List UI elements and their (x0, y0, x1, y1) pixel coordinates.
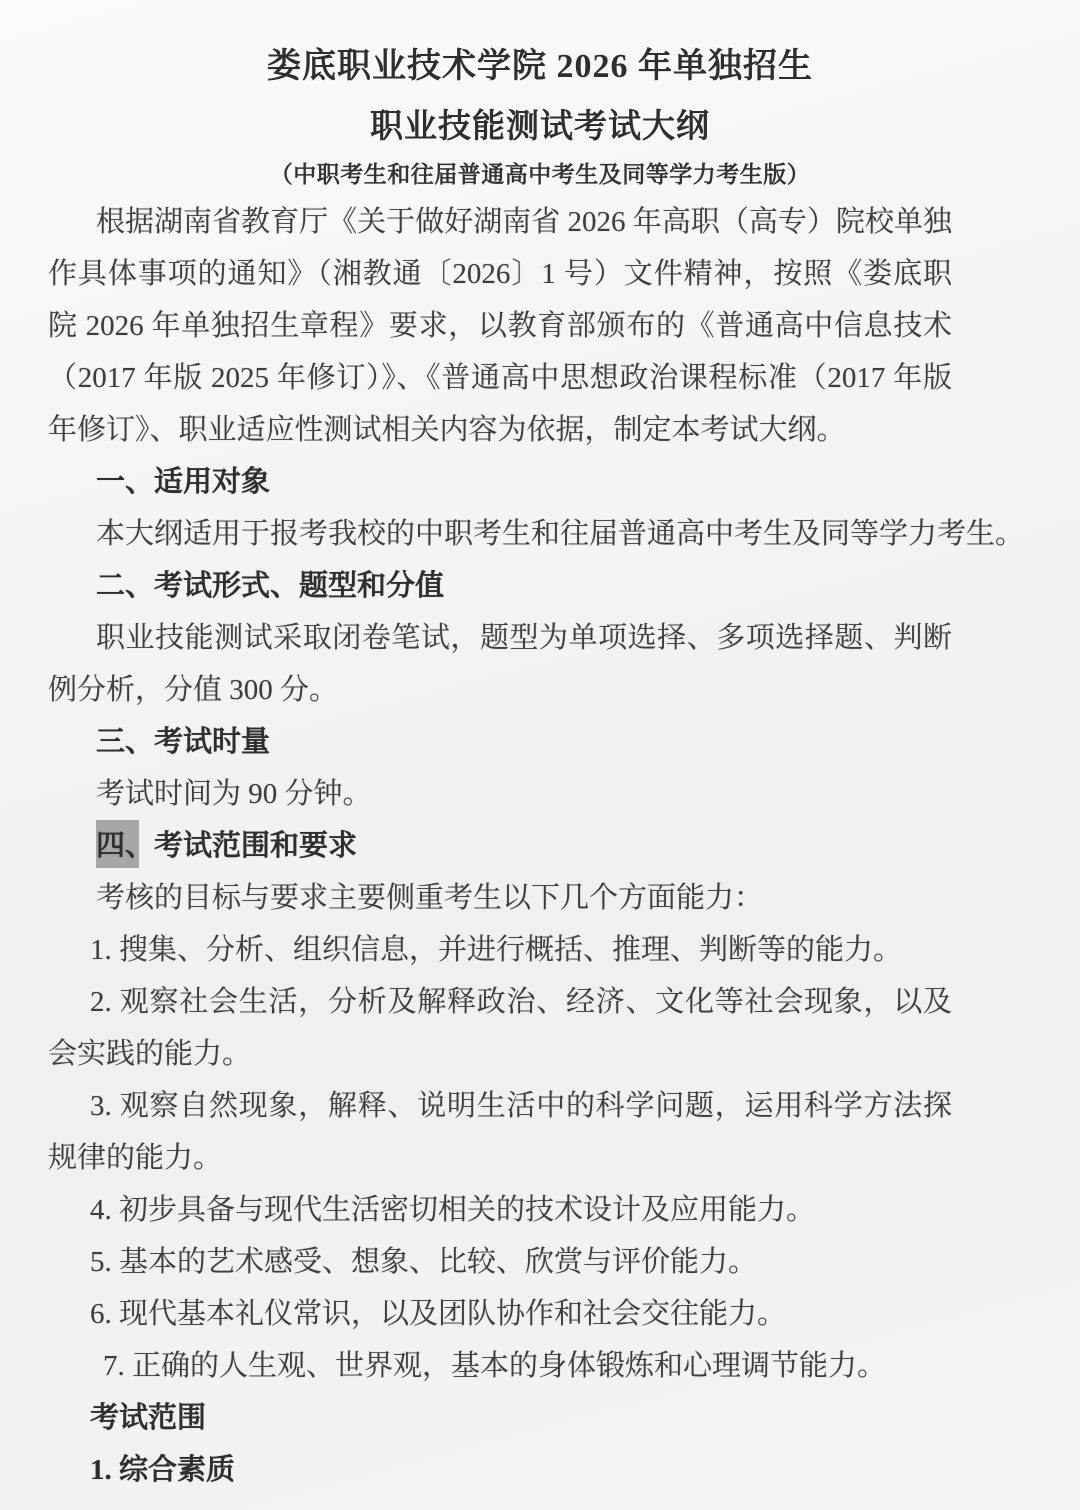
document-subtitle: （中职考生和往届普通高中考生及同等学力考生版） (0, 156, 1080, 189)
document-title-line1: 娄底职业技术学院 2026 年单独招生 (0, 38, 1080, 87)
document-page: 娄底职业技术学院 2026 年单独招生 职业技能测试考试大纲 （中职考生和往届普… (0, 0, 1080, 1510)
list-item-line: 2. 观察社会生活，分析及解释政治、经济、文化等社会现象，以及参与社 (90, 976, 952, 1028)
paragraph-line: 院 2026 年单独招生章程》要求，以教育部颁布的《普通高中信息技术课程标准 (48, 300, 952, 352)
paragraph-line: 考核的目标与要求主要侧重考生以下几个方面能力： (96, 872, 1080, 924)
document-body: 根据湖南省教育厅《关于做好湖南省 2026 年高职（高专）院校单独招生工作具体事… (0, 196, 1080, 1496)
section-heading: 二、考试形式、题型和分值 (96, 560, 1080, 612)
paragraph-line: 本大纲适用于报考我校的中职考生和往届普通高中考生及同等学力考生。 (96, 508, 1080, 560)
paragraph-line: （2017 年版 2025 年修订）》、《普通高中思想政治课程标准（2017 年… (48, 352, 952, 404)
paragraph-line: 作具体事项的通知》（湘教通〔2026〕1 号）文件精神，按照《娄底职业技术学 (48, 248, 952, 300)
section-heading: 三、考试时量 (96, 716, 1080, 768)
paragraph-line: 职业技能测试采取闭卷笔试，题型为单项选择、多项选择题、判断正误、案 (96, 612, 952, 664)
paragraph-line: 规律的能力。 (48, 1132, 1080, 1184)
section-heading: 考试范围 (90, 1392, 1080, 1444)
paragraph-line: 例分析，分值 300 分。 (48, 664, 1080, 716)
list-item-line: 4. 初步具备与现代生活密切相关的技术设计及应用能力。 (90, 1184, 1080, 1236)
list-item-line: 1. 搜集、分析、组织信息，并进行概括、推理、判断等的能力。 (90, 924, 1080, 976)
highlighted-text: 四 (96, 820, 139, 868)
list-item-line: 7. 正确的人生观、世界观，基本的身体锻炼和心理调节能力。 (103, 1340, 1080, 1392)
section-heading: 一、适用对象 (96, 456, 1080, 508)
paragraph-line: 考试时间为 90 分钟。 (96, 768, 1080, 820)
list-item-line: 1. 综合素质 (90, 1444, 1080, 1496)
paragraph-line: 年修订》、职业适应性测试相关内容为依据，制定本考试大纲。 (48, 404, 1080, 456)
list-item-line: 5. 基本的艺术感受、想象、比较、欣赏与评价能力。 (90, 1236, 1080, 1288)
paragraph-line: 会实践的能力。 (48, 1028, 1080, 1080)
paragraph-line: 根据湖南省教育厅《关于做好湖南省 2026 年高职（高专）院校单独招生工 (96, 196, 952, 248)
list-item-line: 3. 观察自然现象，解释、说明生活中的科学问题，运用科学方法探究自然 (90, 1080, 952, 1132)
list-item-line: 6. 现代基本礼仪常识，以及团队协作和社会交往能力。 (90, 1288, 1080, 1340)
document-title-line2: 职业技能测试考试大纲 (0, 100, 1080, 147)
section-heading: 四、考试范围和要求 (96, 820, 1080, 872)
